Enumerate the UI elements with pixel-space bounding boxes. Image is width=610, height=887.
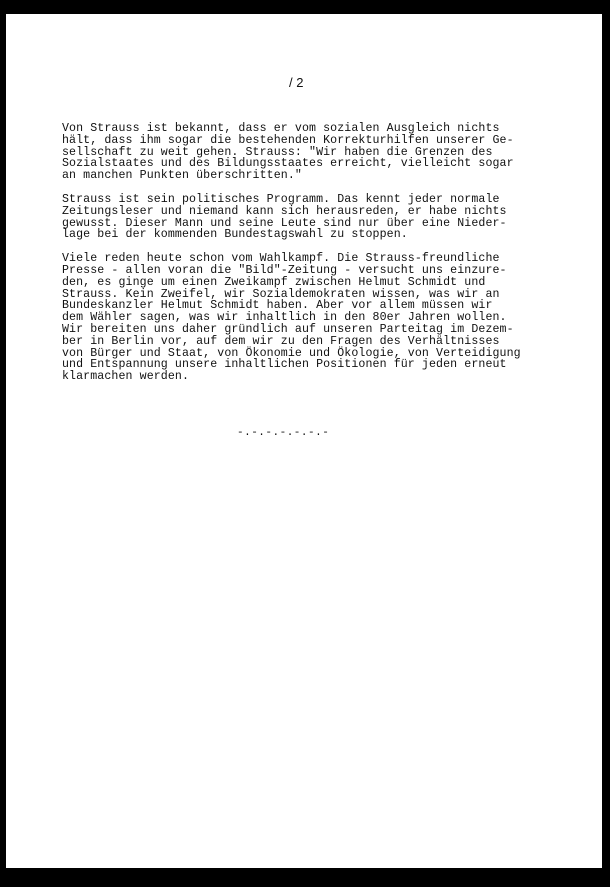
page-number: / 2 <box>289 75 303 90</box>
paragraph-strauss-social: Von Strauss ist bekannt, dass er vom soz… <box>62 123 602 182</box>
end-mark: -.-.-.-.-.-.- <box>237 427 329 439</box>
paragraph-strauss-program: Strauss ist sein politisches Programm. D… <box>62 194 602 241</box>
body-text: Von Strauss ist bekannt, dass er vom soz… <box>62 123 602 395</box>
document-page: / 2 Von Strauss ist bekannt, dass er vom… <box>6 14 602 868</box>
paragraph-election-campaign: Viele reden heute schon vom Wahlkampf. D… <box>62 253 602 383</box>
